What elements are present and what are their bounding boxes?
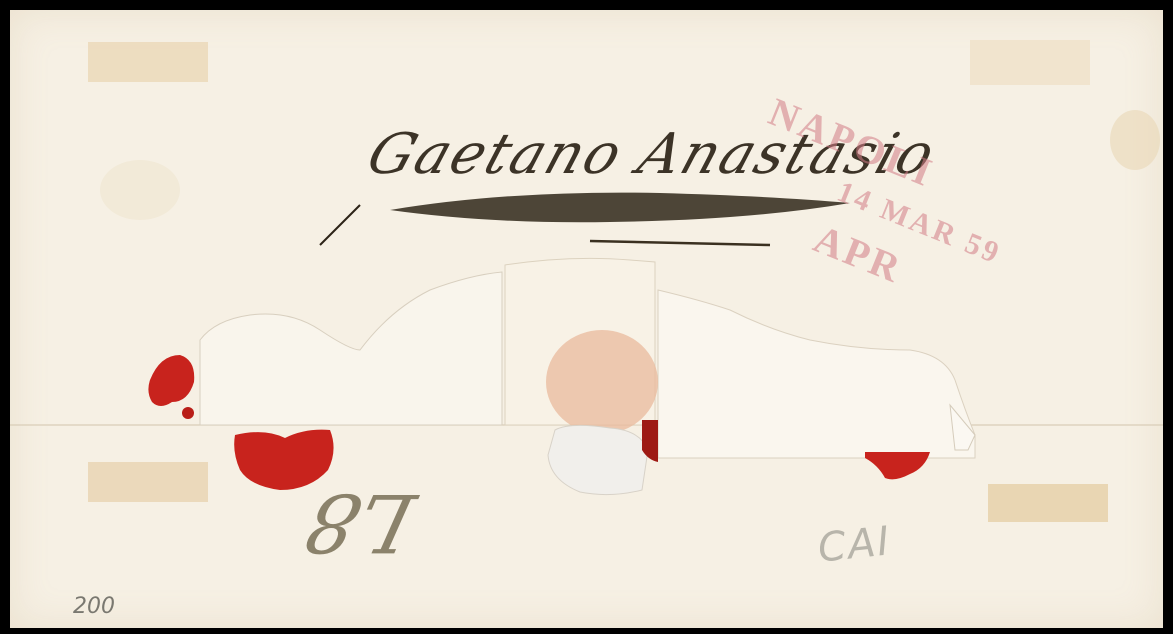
hinge-stain xyxy=(88,462,208,502)
hinge-stain xyxy=(970,40,1090,85)
pencil-price-note: 200 xyxy=(73,594,115,619)
hinge-stain xyxy=(88,42,208,82)
seal-residue-white xyxy=(548,425,648,494)
wax-seal-fragment xyxy=(182,407,194,419)
pencil-initials-note: CAI xyxy=(816,518,894,571)
signature-descender xyxy=(320,205,360,245)
torn-flap-right xyxy=(658,290,975,458)
signature-flourish xyxy=(390,193,850,223)
foxing-stain xyxy=(100,160,180,220)
wax-seal xyxy=(148,355,194,406)
letter-cover: Gaetano Anastasio NAPOLI 14 MAR 59 APR L… xyxy=(10,10,1163,628)
foxing-stain xyxy=(1110,110,1160,170)
hinge-stain xyxy=(988,484,1108,522)
seal-residue-stain xyxy=(546,330,658,434)
signature-underline xyxy=(590,241,770,245)
wax-seal xyxy=(865,452,930,479)
cover-paper-scene xyxy=(10,10,1163,628)
torn-flap-left xyxy=(200,272,502,425)
